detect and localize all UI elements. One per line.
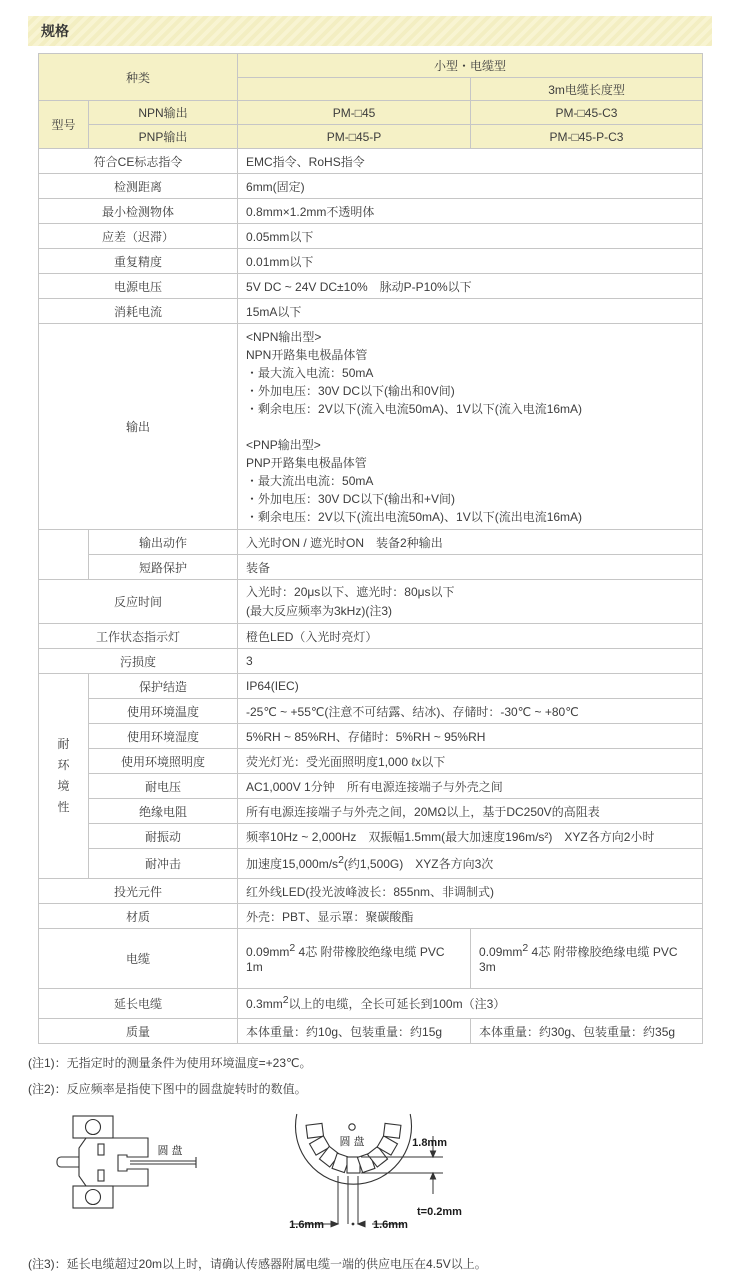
sensor-side-view (57, 1116, 196, 1208)
row-value-material: 外壳：PBT、显示罩：聚碳酸酯 (238, 904, 703, 929)
row-label-illuminance: 使用环境照明度 (89, 749, 238, 774)
model-npn-c3: PM-□45-C3 (471, 101, 703, 125)
notes-block: (注1)：无指定时的测量条件为使用环境温度=+23℃。 (注2)：反应频率是指使… (28, 1054, 740, 1099)
table-row: 型号 NPN输出 PM-□45 PM-□45-C3 (39, 101, 703, 125)
sensor-body (79, 1138, 148, 1186)
header-pnp-label: PNP输出 (89, 125, 238, 149)
row-label-short-protect: 短路保护 (89, 555, 238, 580)
table-row: 投光元件 红外线LED(投光波峰波长：855nm、非调制式) (39, 879, 703, 904)
row-value-weight-base: 本体重量：约10g、包装重量：约15g (238, 1019, 471, 1044)
row-value-cable-3m: 0.09mm2 4芯 附带橡胶绝缘电缆 PVC 3m (471, 929, 703, 989)
row-value-illuminance: 荧光灯光：受光面照明度1,000 ℓx以下 (238, 749, 703, 774)
row-value-range: 6mm(固定) (238, 174, 703, 199)
row-value-voltage: 5V DC ~ 24V DC±10% 脉动P-P10%以下 (238, 274, 703, 299)
row-value-short-protect: 装备 (238, 555, 703, 580)
row-label-repeatability: 重复精度 (39, 249, 238, 274)
row-label-hysteresis: 应差（迟滞） (39, 224, 238, 249)
env-group-label: 耐 环 境 性 (39, 674, 89, 879)
row-value-ce: EMC指令、RoHS指令 (238, 149, 703, 174)
row-value-cable-1m: 0.09mm2 4芯 附带橡胶绝缘电缆 PVC 1m (238, 929, 471, 989)
table-row: 耐冲击 加速度15,000m/s2(约1,500G) XYZ各方向3次 (39, 849, 703, 879)
row-value-withstand: AC1,000V 1分钟 所有电源连接端子与外壳之间 (238, 774, 703, 799)
extension-text-post: 以上的电缆，全长可延长到100m（注3） (289, 997, 506, 1011)
table-row: 重复精度 0.01mm以下 (39, 249, 703, 274)
row-value-output-action: 入光时ON / 遮光时ON 装备2种输出 (238, 530, 703, 555)
table-row: 耐 环 境 性 保护结造 IP64(IEC) (39, 674, 703, 699)
table-row: 耐电压 AC1,000V 1分钟 所有电源连接端子与外壳之间 (39, 774, 703, 799)
cable-text: 0.09mm (479, 945, 522, 959)
disc-side-label: 圆 盘 (157, 1143, 182, 1157)
sensor-window-top (98, 1144, 104, 1155)
row-label-output-action: 输出动作 (89, 530, 238, 555)
note-1: (注1)：无指定时的测量条件为使用环境温度=+23℃。 (28, 1054, 740, 1073)
row-label-min-object: 最小检测物体 (39, 199, 238, 224)
row-value-humidity: 5%RH ~ 85%RH、存储时：5%RH ~ 95%RH (238, 724, 703, 749)
note-3: (注3)：延长电缆超过20m以上时，请确认传感器附属电缆一端的供应电压在4.5V… (28, 1255, 740, 1274)
disc-front-label: 圆 盘 (339, 1134, 364, 1148)
spec-table: 种类 小型・电缆型 3m电缆长度型 型号 NPN输出 PM-□45 PM-□45… (38, 53, 703, 1044)
row-value-repeatability: 0.01mm以下 (238, 249, 703, 274)
row-value-pollution: 3 (238, 649, 703, 674)
header-model: 型号 (39, 101, 89, 149)
table-row: 绝缘电阻 所有电源连接端子与外壳之间，20MΩ以上，基于DC250V的高阻表 (39, 799, 703, 824)
row-value-indicator: 橙色LED（入光时亮灯） (238, 624, 703, 649)
table-row: 应差（迟滞） 0.05mm以下 (39, 224, 703, 249)
sensor-window-bottom (98, 1170, 104, 1181)
table-row: 使用环境温度 -25℃ ~ +55℃(注意不可结露、结冰)、存储时：-30℃ ~… (39, 699, 703, 724)
row-label-material: 材质 (39, 904, 238, 929)
model-pnp-c3: PM-□45-P-C3 (471, 125, 703, 149)
output-indent-cell (39, 530, 89, 580)
row-label-temperature: 使用环境温度 (89, 699, 238, 724)
row-label-weight: 质量 (39, 1019, 238, 1044)
table-row: 消耗电流 15mA以下 (39, 299, 703, 324)
table-row: 最小检测物体 0.8mm×1.2mm不透明体 (39, 199, 703, 224)
table-row: 输出 <NPN输出型> NPN开路集电极晶体管 ・最大流入电流：50mA ・外加… (39, 324, 703, 530)
header-family: 小型・电缆型 (238, 54, 703, 78)
row-label-withstand: 耐电压 (89, 774, 238, 799)
sensor-hole-top (86, 1120, 101, 1135)
header-empty-cell (238, 78, 471, 101)
row-label-indicator: 工作状态指示灯 (39, 624, 238, 649)
table-row: PNP输出 PM-□45-P PM-□45-P-C3 (39, 125, 703, 149)
row-label-extension: 延长电缆 (39, 989, 238, 1019)
row-value-output: <NPN输出型> NPN开路集电极晶体管 ・最大流入电流：50mA ・外加电压：… (238, 324, 703, 530)
table-row: 电缆 0.09mm2 4芯 附带橡胶绝缘电缆 PVC 1m 0.09mm2 4芯… (39, 929, 703, 989)
row-value-protection: IP64(IEC) (238, 674, 703, 699)
row-value-extension: 0.3mm2以上的电缆，全长可延长到100m（注3） (238, 989, 703, 1019)
disc-diagram-svg: 圆 盘 圆 盘 1.8mm t=0 (28, 1106, 588, 1238)
table-row: 使用环境湿度 5%RH ~ 85%RH、存储时：5%RH ~ 95%RH (39, 724, 703, 749)
table-row: 短路保护 装备 (39, 555, 703, 580)
shock-text-post: (约1,500G) XYZ各方向3次 (344, 857, 493, 871)
spec-page: { "title": "规格", "colors": { "band_bg": … (0, 0, 740, 1278)
header-npn-label: NPN输出 (89, 101, 238, 125)
row-label-insulation: 绝缘电阻 (89, 799, 238, 824)
model-pnp-base: PM-□45-P (238, 125, 471, 149)
disc-front-view (296, 1114, 412, 1184)
row-label-output: 输出 (39, 324, 238, 530)
row-label-emitter: 投光元件 (39, 879, 238, 904)
row-value-temperature: -25℃ ~ +55℃(注意不可结露、结冰)、存储时：-30℃ ~ +80℃ (238, 699, 703, 724)
table-row: 污损度 3 (39, 649, 703, 674)
row-label-ce: 符合CE标志指令 (39, 149, 238, 174)
table-row: 工作状态指示灯 橙色LED（入光时亮灯） (39, 624, 703, 649)
row-label-response: 反应时间 (39, 580, 238, 624)
shock-text: 加速度15,000m/s (246, 857, 338, 871)
table-row: 材质 外壳：PBT、显示罩：聚碳酸酯 (39, 904, 703, 929)
row-label-range: 检测距离 (39, 174, 238, 199)
disc-slot (383, 1123, 400, 1138)
row-label-humidity: 使用环境湿度 (89, 724, 238, 749)
row-value-min-object: 0.8mm×1.2mm不透明体 (238, 199, 703, 224)
row-value-response: 入光时：20μs以下、遮光时：80μs以下 (最大反应频率为3kHz)(注3) (238, 580, 703, 624)
table-row: 电源电压 5V DC ~ 24V DC±10% 脉动P-P10%以下 (39, 274, 703, 299)
section-title-band: 规格 (28, 16, 712, 46)
row-value-current: 15mA以下 (238, 299, 703, 324)
row-value-hysteresis: 0.05mm以下 (238, 224, 703, 249)
extension-text: 0.3mm (246, 997, 283, 1011)
dim-label-t: t=0.2mm (417, 1206, 462, 1218)
row-value-weight-c3: 本体重量：约30g、包装重量：约35g (471, 1019, 703, 1044)
page-title: 规格 (41, 21, 69, 41)
row-label-pollution: 污损度 (39, 649, 238, 674)
disc-slots (306, 1123, 401, 1173)
disc-figure: 圆 盘 圆 盘 1.8mm t=0 (28, 1106, 740, 1241)
table-row: 符合CE标志指令 EMC指令、RoHS指令 (39, 149, 703, 174)
table-row: 延长电缆 0.3mm2以上的电缆，全长可延长到100m（注3） (39, 989, 703, 1019)
header-kind: 种类 (39, 54, 238, 101)
table-row: 使用环境照明度 荧光灯光：受光面照明度1,000 ℓx以下 (39, 749, 703, 774)
note-2: (注2)：反应频率是指使下图中的圆盘旋转时的数值。 (28, 1080, 740, 1099)
row-label-cable: 电缆 (39, 929, 238, 989)
row-label-current: 消耗电流 (39, 299, 238, 324)
row-value-emitter: 红外线LED(投光波峰波长：855nm、非调制式) (238, 879, 703, 904)
row-label-voltage: 电源电压 (39, 274, 238, 299)
row-label-shock: 耐冲击 (89, 849, 238, 879)
model-npn-base: PM-□45 (238, 101, 471, 125)
dim-label-1-6mm-left: 1.6mm (289, 1219, 324, 1231)
table-row: 耐振动 频率10Hz ~ 2,000Hz 双振幅1.5mm(最大加速度196m/… (39, 824, 703, 849)
cable-text: 0.09mm (246, 945, 289, 959)
table-row: 反应时间 入光时：20μs以下、遮光时：80μs以下 (最大反应频率为3kHz)… (39, 580, 703, 624)
dim-label-1-6mm-right: 1.6mm (373, 1219, 408, 1231)
row-label-vibration: 耐振动 (89, 824, 238, 849)
row-value-insulation: 所有电源连接端子与外壳之间，20MΩ以上，基于DC250V的高阻表 (238, 799, 703, 824)
row-label-protection: 保护结造 (89, 674, 238, 699)
disc-center-hole (349, 1124, 355, 1130)
table-row: 种类 小型・电缆型 (39, 54, 703, 78)
table-row: 输出动作 入光时ON / 遮光时ON 装备2种输出 (39, 530, 703, 555)
row-value-vibration: 频率10Hz ~ 2,000Hz 双振幅1.5mm(最大加速度196m/s²) … (238, 824, 703, 849)
disc-slot (306, 1123, 323, 1138)
row-value-shock: 加速度15,000m/s2(约1,500G) XYZ各方向3次 (238, 849, 703, 879)
table-row: 检测距离 6mm(固定) (39, 174, 703, 199)
dim-label-1-8mm: 1.8mm (412, 1137, 447, 1149)
header-variant: 3m电缆长度型 (471, 78, 703, 101)
sensor-hole-bottom (86, 1190, 101, 1205)
table-row: 质量 本体重量：约10g、包装重量：约15g 本体重量：约30g、包装重量：约3… (39, 1019, 703, 1044)
